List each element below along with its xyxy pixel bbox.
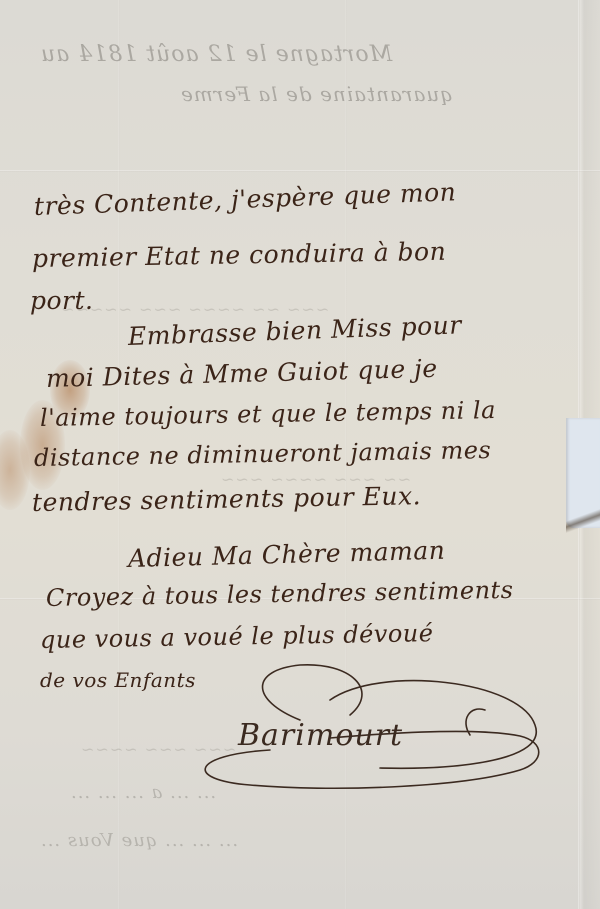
signature-flourish bbox=[0, 0, 600, 909]
letter-page: Mortagne le 12 août 1814 au quarantaine … bbox=[0, 0, 600, 909]
signature: Barimourt bbox=[238, 718, 403, 753]
